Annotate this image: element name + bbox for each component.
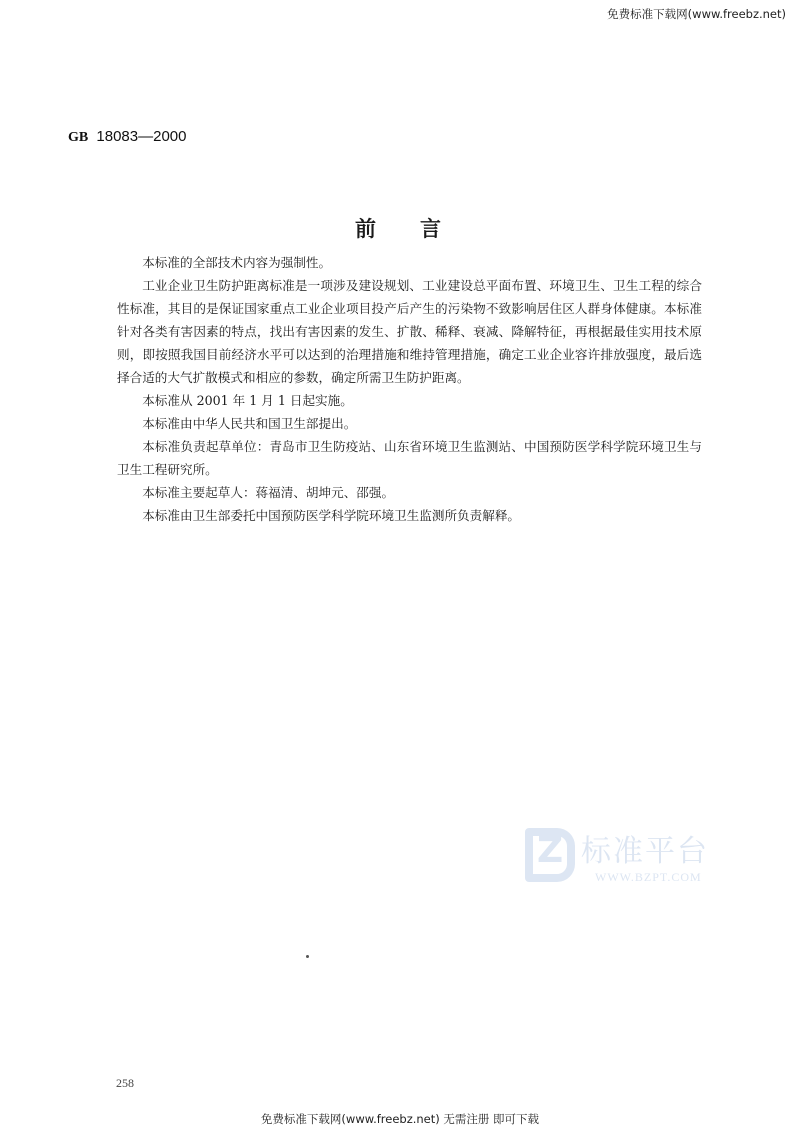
foreword-body: 本标准的全部技术内容为强制性。 工业企业卫生防护距离标准是一项涉及建设规划、工业… bbox=[117, 251, 702, 527]
scan-speck bbox=[306, 955, 309, 958]
paragraph: 本标准由卫生部委托中国预防医学科学院环境卫生监测所负责解释。 bbox=[117, 504, 702, 527]
paragraph: 本标准主要起草人：蒋福清、胡坤元、邵强。 bbox=[117, 481, 702, 504]
paragraph: 本标准的全部技术内容为强制性。 bbox=[117, 251, 702, 274]
paragraph: 本标准由中华人民共和国卫生部提出。 bbox=[117, 412, 702, 435]
paragraph: 本标准负责起草单位：青岛市卫生防疫站、山东省环境卫生监测站、中国预防医学科学院环… bbox=[117, 435, 702, 481]
bzpt-logo-icon bbox=[525, 828, 575, 882]
page-title: 前言 bbox=[0, 213, 800, 243]
watermark: 标准平台 WWW.BZPT.COM bbox=[525, 826, 745, 886]
top-site-banner: 免费标准下载网(www.freebz.net) bbox=[607, 6, 786, 22]
paragraph: 工业企业卫生防护距离标准是一项涉及建设规划、工业建设总平面布置、环境卫生、卫生工… bbox=[117, 274, 702, 389]
paragraph: 本标准从 2001 年 1 月 1 日起实施。 bbox=[117, 389, 702, 412]
standard-code: GB 18083—2000 bbox=[68, 128, 187, 146]
watermark-title: 标准平台 bbox=[581, 826, 709, 870]
page-number: 258 bbox=[116, 1076, 134, 1091]
standard-prefix: GB bbox=[68, 130, 88, 145]
standard-number: 18083—2000 bbox=[96, 128, 186, 145]
bottom-site-banner: 免费标准下载网(www.freebz.net) 无需注册 即可下载 bbox=[0, 1111, 800, 1127]
watermark-url: WWW.BZPT.COM bbox=[595, 870, 702, 885]
